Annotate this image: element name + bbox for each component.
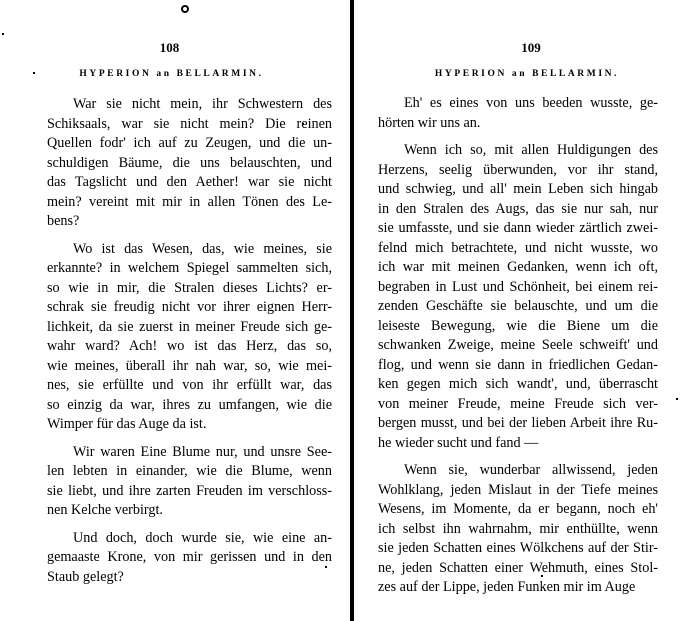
page-number: 109	[360, 40, 698, 56]
text-line: von meiner Freude, meine Freude sich ver…	[378, 395, 658, 415]
text-line: Wenn sie, wunderbar allwissend, jeden	[378, 461, 658, 481]
right-page: 109 HYPERION an BELLARMIN. Eh' es eines …	[356, 0, 698, 621]
text-line: erkannte? in welchem Spiegel sammelten s…	[47, 259, 332, 279]
running-head: HYPERION an BELLARMIN.	[0, 69, 347, 79]
text-line: Schiksaals, war sie nicht mein? Die rein…	[47, 115, 332, 135]
paragraph: Wenn sie, wunderbar allwissend, jedenWoh…	[378, 461, 658, 598]
text-line: leiseste Bewegung, wie die Biene um die	[378, 317, 658, 337]
text-line: ken gegen mich sich wandt', und, überras…	[378, 375, 658, 395]
text-line: begraben in Lust und Schönheit, bei eine…	[378, 278, 658, 298]
text-line: Herzens, seelig überwunden, vor ihr stan…	[378, 161, 658, 181]
text-line: War sie nicht mein, ihr Schwestern des	[47, 95, 332, 115]
text-line: Quellen fodr' ich auf zu Zeugen, und die…	[47, 134, 332, 154]
page-gutter-divider	[350, 0, 354, 621]
paragraph: Wir waren Eine Blume nur, und unsre See-…	[47, 443, 332, 521]
text-line: gemaaste Krone, von mir gerissen und in …	[47, 548, 332, 568]
text-line: Wir waren Eine Blume nur, und unsre See-	[47, 443, 332, 463]
text-line: bergen musst, und bei der lieben Arbeit …	[378, 414, 658, 434]
paragraph: Und doch, doch wurde sie, wie eine an-ge…	[47, 529, 332, 588]
text-line: Wimper für das Auge da ist.	[47, 415, 332, 435]
text-line: he wieder sucht und fand —	[378, 434, 658, 454]
text-line: Wenn ich so, mit allen Huldigungen des	[378, 141, 658, 161]
text-line: zes auf der Lippe, jeden Funken mir im A…	[378, 578, 658, 598]
scan-speck	[325, 566, 327, 568]
text-line: Wo ist das Wesen, das, wie meines, sie	[47, 240, 332, 260]
text-line: ne, jeden Schatten einer Wehmuth, eines …	[378, 559, 658, 579]
paragraph: War sie nicht mein, ihr Schwestern desSc…	[47, 95, 332, 232]
text-line: Wesens, im Momente, da er begann, noch e…	[378, 500, 658, 520]
text-line: das Tagslicht und den Aether! war sie ni…	[47, 173, 332, 193]
text-line: in den Stralen des Augs, das sie nur sah…	[378, 200, 658, 220]
text-line: wie meines, überall ihr nah war, so, wie…	[47, 357, 332, 377]
ornament-icon	[181, 5, 189, 13]
text-line: sie jeden Schatten eines Wölkchens auf d…	[378, 539, 658, 559]
text-line: lichkeit, da sie zuerst in meiner Freude…	[47, 318, 332, 338]
running-head: HYPERION an BELLARMIN.	[356, 69, 698, 79]
text-line: so wie in mir, die Stralen dieses Lichts…	[47, 279, 332, 299]
text-line: hörten wir uns an.	[378, 114, 658, 134]
text-line: mein? vereint mit mir in allen Tönen des…	[47, 193, 332, 213]
text-line: ich war mit meinen Gedanken, wenn ich of…	[378, 258, 658, 278]
text-line: ich selbst ihn wahrnahm, mir enthüllte, …	[378, 520, 658, 540]
body-text: War sie nicht mein, ihr Schwestern desSc…	[47, 95, 332, 595]
text-line: flog, und wenn sie dann in friedlichen G…	[378, 356, 658, 376]
text-line: sie umfasste, und sie dann wieder zärtli…	[378, 219, 658, 239]
paragraph: Wo ist das Wesen, das, wie meines, sieer…	[47, 240, 332, 435]
text-line: schwanken Zweige, meine Seele schweift' …	[378, 336, 658, 356]
paragraph: Wenn ich so, mit allen Huldigungen desHe…	[378, 141, 658, 453]
text-line: Eh' es eines von uns beeden wusste, ge-	[378, 94, 658, 114]
text-line: Staub gelegt?	[47, 568, 332, 588]
text-line: sie liebt, und ihre zarten Freuden im ve…	[47, 482, 332, 502]
body-text: Eh' es eines von uns beeden wusste, ge-h…	[378, 94, 658, 606]
left-page: 108 HYPERION an BELLARMIN. War sie nicht…	[0, 0, 351, 621]
scan-speck	[676, 398, 678, 400]
text-line: so einzig da war, ihres zu umfangen, wie…	[47, 396, 332, 416]
text-line: schrak sie freudig nicht vor ihrer eigne…	[47, 298, 332, 318]
text-line: zenden Geschäfte sie belauschte, und um …	[378, 297, 658, 317]
scan-speck	[2, 33, 4, 35]
text-line: wahr ward? Ach! wo ist das Herz, das so,	[47, 337, 332, 357]
text-line: und schwieg, und all' mein Leben sich hi…	[378, 180, 658, 200]
text-line: bens?	[47, 212, 332, 232]
paragraph: Eh' es eines von uns beeden wusste, ge-h…	[378, 94, 658, 133]
text-line: felnd mich betrachtete, und nicht wusste…	[378, 239, 658, 259]
text-line: nes, sie erfüllte und von ihr erfüllt wa…	[47, 376, 332, 396]
scan-speck	[33, 72, 35, 74]
page-number: 108	[0, 40, 345, 56]
text-line: Und doch, doch wurde sie, wie eine an-	[47, 529, 332, 549]
scan-speck	[302, 123, 304, 125]
text-line: schuldigen Bäume, die uns belauschten, u…	[47, 154, 332, 174]
text-line: Wohlklang, jeden Mislaut in der Tiefe me…	[378, 481, 658, 501]
text-line: nen Kelche verbirgt.	[47, 501, 332, 521]
text-line: len lebten in einander, wie die Blume, w…	[47, 462, 332, 482]
scan-speck	[541, 575, 543, 577]
